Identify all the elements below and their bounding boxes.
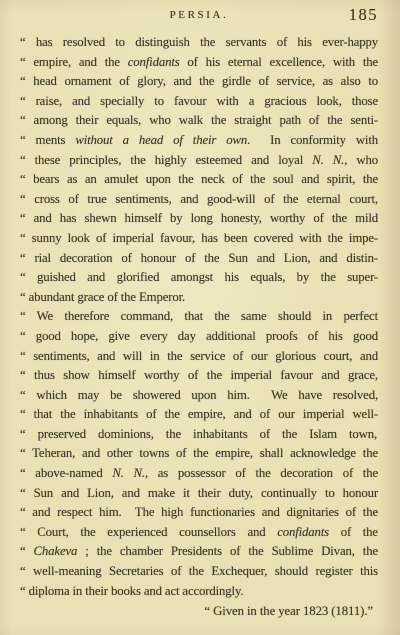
text-line: “ good hope, give every day additional p… — [20, 327, 378, 347]
text-line: “ Sun and Lion, and make it their duty, … — [20, 484, 378, 504]
text-line: “ guished and glorified amongst his equa… — [20, 268, 378, 288]
page-body: “ has resolved to distinguish the servan… — [20, 33, 378, 622]
text-line: “ empire, and the confidants of his eter… — [20, 53, 378, 73]
text-line: “ has resolved to distinguish the servan… — [20, 33, 378, 53]
text-line: “ cross of true sentiments, and good-wil… — [20, 190, 378, 210]
paragraph: “ has resolved to distinguish the servan… — [20, 33, 378, 307]
running-header: PERSIA. 185 — [20, 5, 378, 25]
text-line: “ which may be showered upon him. We hav… — [20, 386, 378, 406]
running-header-title: PERSIA. — [20, 9, 378, 21]
text-line: “ diploma in their books and act accordi… — [20, 582, 378, 602]
page-number: 185 — [349, 5, 378, 25]
text-line: “ among their equals, who walk the strai… — [20, 111, 378, 131]
text-line: “ ments without a head of their own. In … — [20, 131, 378, 151]
text-line: “ bears as an amulet upon the neck of th… — [20, 170, 378, 190]
text-line: “ rial decoration of honour of the Sun a… — [20, 249, 378, 269]
text-line: “ sunny look of imperial favour, has bee… — [20, 229, 378, 249]
book-page: PERSIA. 185 “ has resolved to distinguis… — [0, 0, 400, 635]
text-line: “ thus show himself worthy of the imperi… — [20, 366, 378, 386]
text-line: “ Chakeva ; the chamber Presidents of th… — [20, 542, 378, 562]
text-line: “ sentiments, and will in the service of… — [20, 347, 378, 367]
text-line: “ above-named N. N., as possessor of the… — [20, 464, 378, 484]
text-line: “ raise, and specially to favour with a … — [20, 92, 378, 112]
text-line: “ We therefore command, that the same sh… — [20, 307, 378, 327]
paragraph: “ We therefore command, that the same sh… — [20, 307, 378, 601]
text-line: “ head ornament of glory, and the girdle… — [20, 72, 378, 92]
text-line: “ Teheran, and other towns of the empire… — [20, 444, 378, 464]
text-line: “ well-meaning Secretaries of the Excheq… — [20, 562, 378, 582]
dateline: “ Given in the year 1823 (1811).” — [20, 602, 378, 622]
text-line: “ these principles, the highly esteemed … — [20, 151, 378, 171]
text-line: “ and respect him. The high functionarie… — [20, 503, 378, 523]
text-line: “ preserved dominions, the inhabitants o… — [20, 425, 378, 445]
text-line: “ that the inhabitants of the empire, an… — [20, 405, 378, 425]
text-line: “ and has shewn himself by long honesty,… — [20, 209, 378, 229]
text-line: “ abundant grace of the Emperor. — [20, 288, 378, 308]
text-line: “ Court, the experienced counsellors and… — [20, 523, 378, 543]
